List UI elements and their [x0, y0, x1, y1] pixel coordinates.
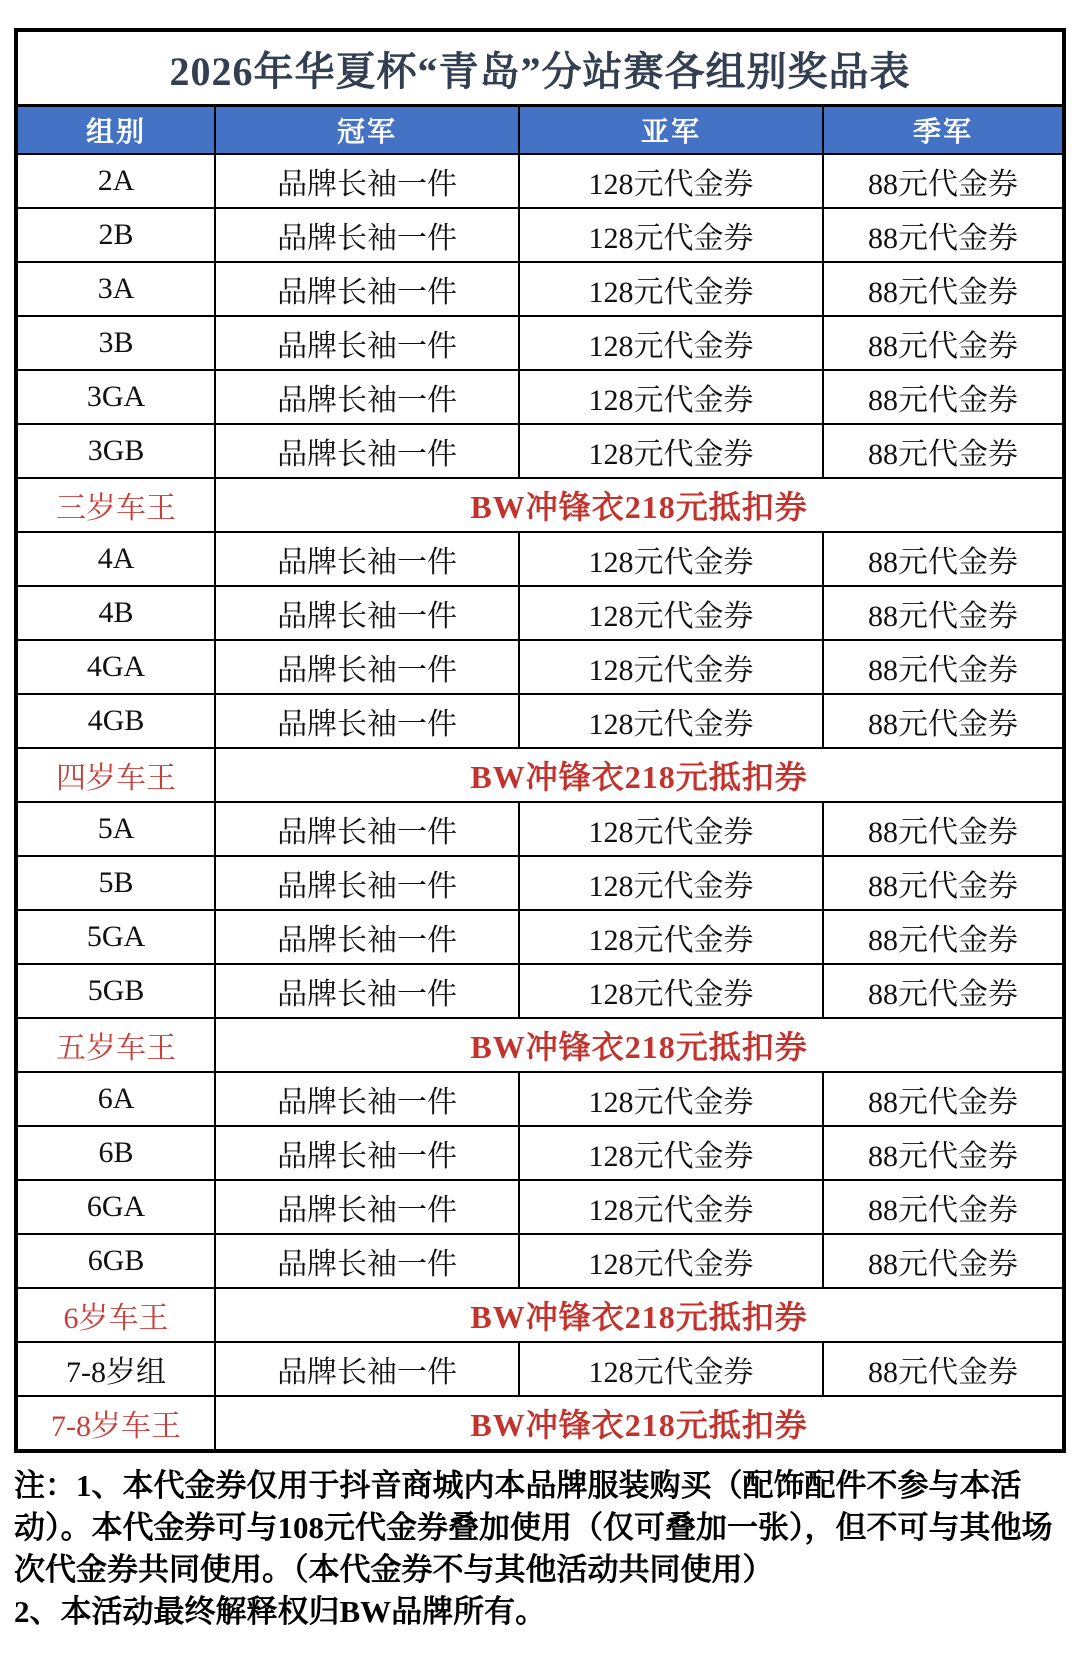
- runner-up-cell: 128元代金券: [519, 856, 823, 910]
- champion-cell: 品牌长袖一件: [215, 910, 519, 964]
- champion-cell: 品牌长袖一件: [215, 586, 519, 640]
- group-cell: 6岁车王: [16, 1288, 215, 1342]
- runner-up-cell: 128元代金券: [519, 964, 823, 1018]
- runner-up-cell: 128元代金券: [519, 262, 823, 316]
- group-cell: 四岁车王: [16, 748, 215, 802]
- third-place-cell: 88元代金券: [823, 316, 1064, 370]
- footnote-1: 注：1、本代金券仅用于抖音商城内本品牌服装购买（配饰配件不参与本活动）。本代金券…: [14, 1465, 1066, 1591]
- prize-row: 2B品牌长袖一件128元代金券88元代金券: [16, 208, 1064, 262]
- prize-table-body: 2A品牌长袖一件128元代金券88元代金券2B品牌长袖一件128元代金券88元代…: [16, 154, 1064, 1451]
- prize-row: 6B品牌长袖一件128元代金券88元代金券: [16, 1126, 1064, 1180]
- runner-up-cell: 128元代金券: [519, 424, 823, 478]
- champion-cell: 品牌长袖一件: [215, 856, 519, 910]
- group-cell: 4GB: [16, 694, 215, 748]
- third-place-cell: 88元代金券: [823, 1126, 1064, 1180]
- champion-cell: 品牌长袖一件: [215, 154, 519, 208]
- prize-row: 6GA品牌长袖一件128元代金券88元代金券: [16, 1180, 1064, 1234]
- group-cell: 7-8岁组: [16, 1342, 215, 1396]
- group-cell: 6GA: [16, 1180, 215, 1234]
- third-place-cell: 88元代金券: [823, 1234, 1064, 1288]
- runner-up-cell: 128元代金券: [519, 1126, 823, 1180]
- prize-table: 2026年华夏杯“青岛”分站赛各组别奖品表 组别 冠军 亚军 季军 2A品牌长袖…: [14, 28, 1066, 1453]
- prize-row: 4GA品牌长袖一件128元代金券88元代金券: [16, 640, 1064, 694]
- prize-notice-page: 2026年华夏杯“青岛”分站赛各组别奖品表 组别 冠军 亚军 季军 2A品牌长袖…: [0, 0, 1080, 1668]
- prize-row: 6GB品牌长袖一件128元代金券88元代金券: [16, 1234, 1064, 1288]
- third-place-cell: 88元代金券: [823, 532, 1064, 586]
- group-cell: 5GB: [16, 964, 215, 1018]
- third-place-cell: 88元代金券: [823, 694, 1064, 748]
- third-place-cell: 88元代金券: [823, 424, 1064, 478]
- table-header-row: 组别 冠军 亚军 季军: [16, 106, 1064, 155]
- champion-cell: 品牌长袖一件: [215, 694, 519, 748]
- champion-cell: 品牌长袖一件: [215, 1072, 519, 1126]
- third-place-cell: 88元代金券: [823, 1072, 1064, 1126]
- third-place-cell: 88元代金券: [823, 856, 1064, 910]
- special-prize-cell: BW冲锋衣218元抵扣券: [215, 1396, 1064, 1451]
- runner-up-cell: 128元代金券: [519, 208, 823, 262]
- runner-up-cell: 128元代金券: [519, 1072, 823, 1126]
- group-cell: 6GB: [16, 1234, 215, 1288]
- champion-cell: 品牌长袖一件: [215, 370, 519, 424]
- third-place-cell: 88元代金券: [823, 1180, 1064, 1234]
- third-place-cell: 88元代金券: [823, 154, 1064, 208]
- prize-row: 2A品牌长袖一件128元代金券88元代金券: [16, 154, 1064, 208]
- group-cell: 7-8岁车王: [16, 1396, 215, 1451]
- special-prize-cell: BW冲锋衣218元抵扣券: [215, 1018, 1064, 1072]
- champion-cell: 品牌长袖一件: [215, 262, 519, 316]
- group-cell: 3A: [16, 262, 215, 316]
- prize-row: 7-8岁组品牌长袖一件128元代金券88元代金券: [16, 1342, 1064, 1396]
- runner-up-cell: 128元代金券: [519, 370, 823, 424]
- champion-cell: 品牌长袖一件: [215, 802, 519, 856]
- group-cell: 4GA: [16, 640, 215, 694]
- group-cell: 3B: [16, 316, 215, 370]
- group-cell: 五岁车王: [16, 1018, 215, 1072]
- runner-up-cell: 128元代金券: [519, 802, 823, 856]
- third-place-cell: 88元代金券: [823, 262, 1064, 316]
- prize-row: 4B品牌长袖一件128元代金券88元代金券: [16, 586, 1064, 640]
- group-cell: 三岁车王: [16, 478, 215, 532]
- runner-up-cell: 128元代金券: [519, 694, 823, 748]
- runner-up-cell: 128元代金券: [519, 532, 823, 586]
- prize-row-special: 7-8岁车王BW冲锋衣218元抵扣券: [16, 1396, 1064, 1451]
- runner-up-cell: 128元代金券: [519, 1234, 823, 1288]
- runner-up-cell: 128元代金券: [519, 1342, 823, 1396]
- prize-row-special: 四岁车王BW冲锋衣218元抵扣券: [16, 748, 1064, 802]
- third-place-cell: 88元代金券: [823, 640, 1064, 694]
- column-header-group: 组别: [16, 106, 215, 155]
- runner-up-cell: 128元代金券: [519, 910, 823, 964]
- prize-row: 5B品牌长袖一件128元代金券88元代金券: [16, 856, 1064, 910]
- group-cell: 5B: [16, 856, 215, 910]
- prize-row: 3A品牌长袖一件128元代金券88元代金券: [16, 262, 1064, 316]
- champion-cell: 品牌长袖一件: [215, 316, 519, 370]
- page-title: 2026年华夏杯“青岛”分站赛各组别奖品表: [16, 30, 1064, 106]
- prize-row: 5GA品牌长袖一件128元代金券88元代金券: [16, 910, 1064, 964]
- prize-row: 3GA品牌长袖一件128元代金券88元代金券: [16, 370, 1064, 424]
- group-cell: 3GA: [16, 370, 215, 424]
- third-place-cell: 88元代金券: [823, 208, 1064, 262]
- group-cell: 5GA: [16, 910, 215, 964]
- prize-row-special: 6岁车王BW冲锋衣218元抵扣券: [16, 1288, 1064, 1342]
- column-header-third-place: 季军: [823, 106, 1064, 155]
- prize-row: 4GB品牌长袖一件128元代金券88元代金券: [16, 694, 1064, 748]
- group-cell: 6B: [16, 1126, 215, 1180]
- champion-cell: 品牌长袖一件: [215, 1234, 519, 1288]
- title-row: 2026年华夏杯“青岛”分站赛各组别奖品表: [16, 30, 1064, 106]
- champion-cell: 品牌长袖一件: [215, 1342, 519, 1396]
- column-header-champion: 冠军: [215, 106, 519, 155]
- prize-row: 5A品牌长袖一件128元代金券88元代金券: [16, 802, 1064, 856]
- group-cell: 4B: [16, 586, 215, 640]
- champion-cell: 品牌长袖一件: [215, 424, 519, 478]
- prize-row: 5GB品牌长袖一件128元代金券88元代金券: [16, 964, 1064, 1018]
- column-header-runner-up: 亚军: [519, 106, 823, 155]
- third-place-cell: 88元代金券: [823, 586, 1064, 640]
- special-prize-cell: BW冲锋衣218元抵扣券: [215, 1288, 1064, 1342]
- champion-cell: 品牌长袖一件: [215, 1126, 519, 1180]
- third-place-cell: 88元代金券: [823, 964, 1064, 1018]
- prize-row: 4A品牌长袖一件128元代金券88元代金券: [16, 532, 1064, 586]
- prize-row-special: 五岁车王BW冲锋衣218元抵扣券: [16, 1018, 1064, 1072]
- third-place-cell: 88元代金券: [823, 910, 1064, 964]
- prize-row: 6A品牌长袖一件128元代金券88元代金券: [16, 1072, 1064, 1126]
- group-cell: 2A: [16, 154, 215, 208]
- champion-cell: 品牌长袖一件: [215, 964, 519, 1018]
- prize-row: 3GB品牌长袖一件128元代金券88元代金券: [16, 424, 1064, 478]
- third-place-cell: 88元代金券: [823, 802, 1064, 856]
- prize-row-special: 三岁车王BW冲锋衣218元抵扣券: [16, 478, 1064, 532]
- footnote-2: 2、本活动最终解释权归BW品牌所有。: [14, 1591, 1066, 1633]
- runner-up-cell: 128元代金券: [519, 640, 823, 694]
- runner-up-cell: 128元代金券: [519, 154, 823, 208]
- third-place-cell: 88元代金券: [823, 370, 1064, 424]
- third-place-cell: 88元代金券: [823, 1342, 1064, 1396]
- champion-cell: 品牌长袖一件: [215, 640, 519, 694]
- group-cell: 4A: [16, 532, 215, 586]
- group-cell: 3GB: [16, 424, 215, 478]
- champion-cell: 品牌长袖一件: [215, 1180, 519, 1234]
- special-prize-cell: BW冲锋衣218元抵扣券: [215, 478, 1064, 532]
- group-cell: 2B: [16, 208, 215, 262]
- runner-up-cell: 128元代金券: [519, 586, 823, 640]
- runner-up-cell: 128元代金券: [519, 316, 823, 370]
- champion-cell: 品牌长袖一件: [215, 532, 519, 586]
- group-cell: 6A: [16, 1072, 215, 1126]
- champion-cell: 品牌长袖一件: [215, 208, 519, 262]
- footnotes: 注：1、本代金券仅用于抖音商城内本品牌服装购买（配饰配件不参与本活动）。本代金券…: [14, 1465, 1066, 1633]
- prize-row: 3B品牌长袖一件128元代金券88元代金券: [16, 316, 1064, 370]
- special-prize-cell: BW冲锋衣218元抵扣券: [215, 748, 1064, 802]
- group-cell: 5A: [16, 802, 215, 856]
- runner-up-cell: 128元代金券: [519, 1180, 823, 1234]
